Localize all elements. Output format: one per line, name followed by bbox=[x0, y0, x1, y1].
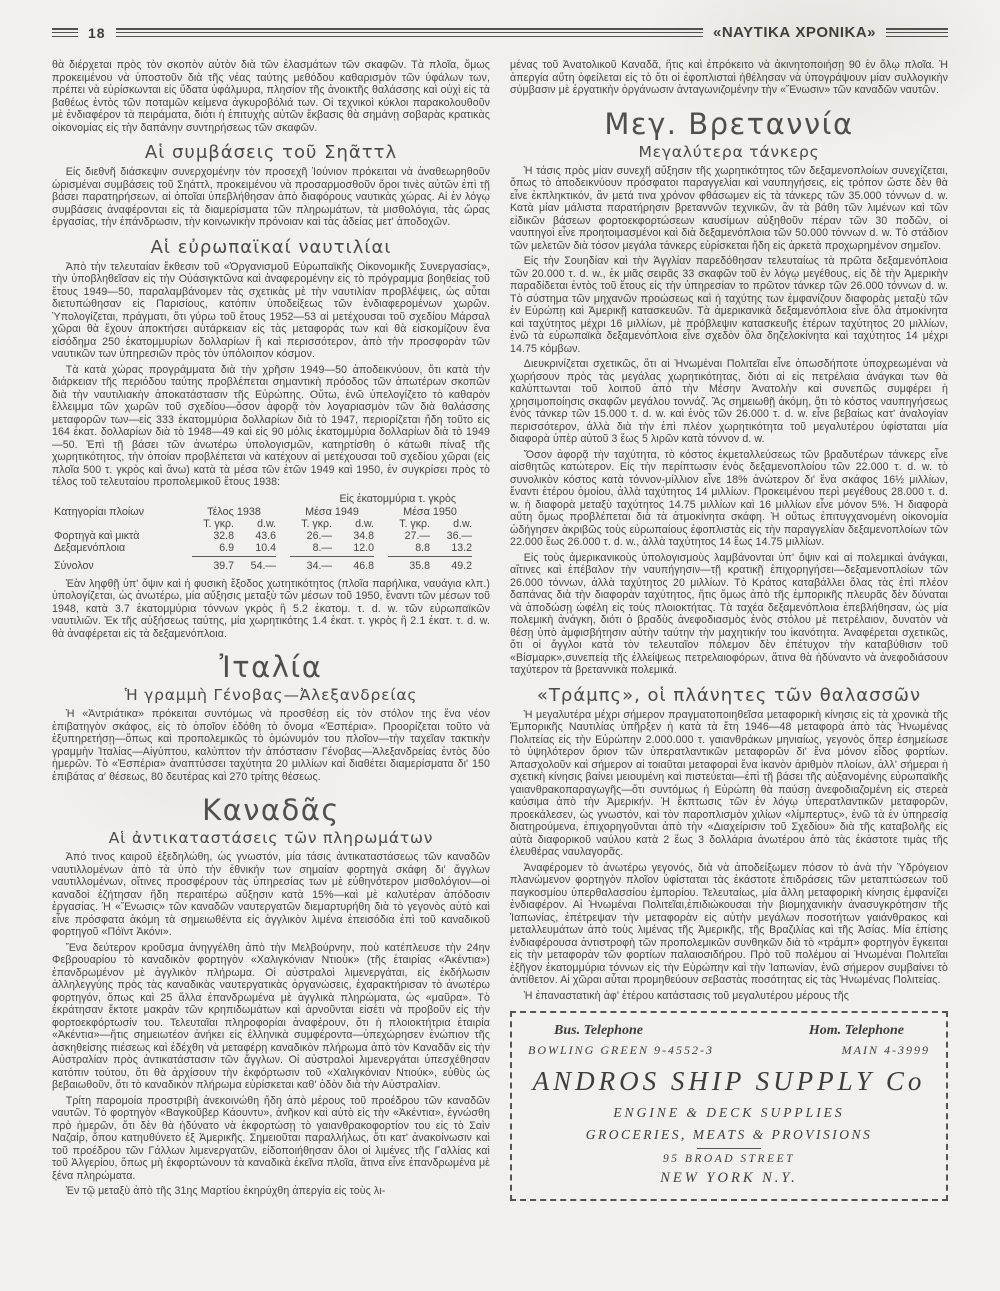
table-col-group-1950: Μέσα 1950 bbox=[388, 506, 472, 518]
subheading-crew-replacements: Αἱ ἀντικαταστάσεις τῶν πληρωμάτων bbox=[52, 829, 490, 847]
after-table-paragraph: Ἐὰν ληφθῇ ὑπ' ὄψιν καὶ ἡ φυσικὴ ἔξοδος χ… bbox=[52, 578, 490, 641]
britain-paragraph-4: Ὅσον ἀφορᾷ τὴν ταχύτητα, τὸ κόστος ἐκμετ… bbox=[510, 449, 948, 549]
total-cell: 46.8 bbox=[332, 556, 374, 572]
table-col-category: Κατηγορίαι πλοίων bbox=[54, 506, 192, 518]
heading-seattle-conventions: Αἱ συμβάσεις τοῦ Σηᾶττλ bbox=[52, 142, 490, 163]
ad-street-address: 95 BROAD STREET bbox=[528, 1153, 930, 1165]
tramps-paragraph-1: Ἡ μεγαλυτέρα μέχρι σήμερον πραγματοποιηθ… bbox=[510, 709, 948, 859]
canada-paragraph-2: Ἕνα δεύτερον κροῦσμα ἀνηγγέλθη ἀπὸ τὴν Μ… bbox=[52, 942, 490, 1092]
ad-bus-telephone-number: BOWLING GREEN 9-4552-3 bbox=[528, 1043, 714, 1058]
total-cell: 35.8 bbox=[388, 556, 430, 572]
left-column: θὰ διέρχεται πρὸς τὸν σκοπὸν αὐτὸν διὰ τ… bbox=[52, 59, 490, 1201]
table-sub-tgr: Τ. γκρ. bbox=[192, 518, 234, 530]
head-rule-right bbox=[886, 28, 948, 37]
andros-ship-supply-ad: Bus. Telephone Hom. Telephone BOWLING GR… bbox=[510, 1011, 948, 1201]
total-cell: 39.7 bbox=[192, 556, 234, 572]
table-row-total: Σύνολον 39.7 54.— 34.— 46.8 35.8 49.2 bbox=[54, 554, 490, 572]
heading-canada: Καναδᾶς bbox=[52, 793, 490, 827]
ad-city-address: NEW YORK N.Y. bbox=[528, 1170, 930, 1187]
seattle-paragraph: Εἰς διεθνῆ διάσκεψιν συνερχομένην τὸν πρ… bbox=[52, 166, 490, 229]
table-sub-dw: d.w. bbox=[430, 518, 472, 530]
running-head: 18 «ΝΑΥΤΙΚΑ ΧΡΟΝΙΚΑ» bbox=[52, 24, 948, 41]
cell: 26.— bbox=[290, 530, 332, 542]
ad-supplies-line: ENGINE & DECK SUPPLIES bbox=[528, 1105, 930, 1121]
subheading-genoa-alexandria: Ἡ γραμμὴ Γένοβας—Ἀλεξανδρείας bbox=[52, 686, 490, 704]
cell: 13.2 bbox=[430, 542, 472, 554]
subheading-bigger-tankers: Μεγαλύτερα τάνκερς bbox=[510, 143, 948, 161]
cell: 8.8 bbox=[388, 542, 430, 554]
table-sub-dw: d.w. bbox=[332, 518, 374, 530]
ad-telephone-numbers: BOWLING GREEN 9-4552-3 MAIN 4-3999 bbox=[528, 1043, 930, 1058]
cell: 43.6 bbox=[234, 530, 276, 542]
tonnage-table: Εἰς ἑκατομμύρια τ. γκρὸς Κατηγορίαι πλοί… bbox=[54, 493, 490, 572]
right-intro-paragraph: μένας τοῦ Ἀνατολικοῦ Καναδᾶ, ἥτις καὶ ἐπ… bbox=[510, 59, 948, 97]
european-paragraph-1: Ἀπὸ τὴν τελευταίαν ἔκθεσιν τοῦ «Ὀργανισμ… bbox=[52, 261, 490, 361]
britain-paragraph-5: Εἰς τοὺς ἀμερικανικοὺς ὑπολογισμοὺς λαμβ… bbox=[510, 552, 948, 677]
total-cell: 54.— bbox=[234, 556, 276, 572]
page-number: 18 bbox=[88, 25, 106, 41]
european-paragraph-2: Τὰ κατὰ χώρας προγράμματα διὰ τὴν χρῆσιν… bbox=[52, 364, 490, 489]
left-intro-paragraph: θὰ διέρχεται πρὸς τὸν σκοπὸν αὐτὸν διὰ τ… bbox=[52, 59, 490, 134]
total-label: Σύνολον bbox=[54, 557, 192, 572]
ad-provisions-line: GROCERIES, MEATS & PROVISIONS bbox=[528, 1127, 930, 1143]
table-header-row: Κατηγορίαι πλοίων Τέλος 1938 Μέσα 1949 Μ… bbox=[54, 506, 490, 518]
head-rule-middle bbox=[116, 28, 703, 37]
ad-hom-telephone-label: Hom. Telephone bbox=[809, 1023, 904, 1039]
two-column-layout: θὰ διέρχεται πρὸς τὸν σκοπὸν αὐτὸν διὰ τ… bbox=[52, 59, 948, 1201]
table-row-cargo: Φορτηγὰ καὶ μικτὰ 32.8 43.6 26.— 34.8 27… bbox=[54, 530, 490, 542]
cell: 32.8 bbox=[192, 530, 234, 542]
britain-paragraph-3: Διευκρινίζεται σχετικῶς, ὅτι αἱ Ἡνωμέναι… bbox=[510, 358, 948, 446]
heading-italy: Ἰταλία bbox=[52, 650, 490, 684]
cell: 36.— bbox=[430, 530, 472, 542]
ad-telephone-labels: Bus. Telephone Hom. Telephone bbox=[528, 1023, 930, 1039]
italy-paragraph: Ἡ «Ἀντριάτικα» πρόκειται συντόμως νὰ προ… bbox=[52, 708, 490, 783]
ad-bus-telephone-label: Bus. Telephone bbox=[554, 1023, 643, 1039]
canada-paragraph-1: Ἀπό τινος καιροῦ ἐξεδηλώθη, ὡς γνωστόν, … bbox=[52, 851, 490, 939]
row-label: Φορτηγὰ καὶ μικτὰ bbox=[54, 530, 192, 542]
row-label: Δεξαμενόπλοια bbox=[54, 542, 192, 554]
heading-european-shipping: Αἱ εὐρωπαϊκαί ναυτιλίαι bbox=[52, 237, 490, 258]
table-subheader-row: Τ. γκρ. d.w. Τ. γκρ. d.w. Τ. γκρ. d.w. bbox=[54, 518, 490, 530]
tramps-paragraph-3: Ἡ ἐπαναστατικὴ ἀφ' ἑτέρου κατάστασις τοῦ… bbox=[510, 990, 948, 1003]
canada-paragraph-3: Τρίτη παρομοία προστριβὴ ἀνεκοινώθη ἤδη … bbox=[52, 1095, 490, 1183]
table-sub-tgr: Τ. γκρ. bbox=[290, 518, 332, 530]
cell: 34.8 bbox=[332, 530, 374, 542]
cell: 10.4 bbox=[234, 542, 276, 554]
table-row-tankers: Δεξαμενόπλοια 6.9 10.4 8.— 12.0 8.8 13.2 bbox=[54, 542, 490, 554]
cell: 12.0 bbox=[332, 542, 374, 554]
cell: 27.— bbox=[388, 530, 430, 542]
magazine-page: 18 «ΝΑΥΤΙΚΑ ΧΡΟΝΙΚΑ» θὰ διέρχεται πρὸς τ… bbox=[0, 0, 1000, 1291]
ad-hom-telephone-number: MAIN 4-3999 bbox=[842, 1043, 930, 1058]
masthead-title: «ΝΑΥΤΙΚΑ ΧΡΟΝΙΚΑ» bbox=[713, 24, 876, 41]
cell: 8.— bbox=[290, 542, 332, 554]
right-column: μένας τοῦ Ἀνατολικοῦ Καναδᾶ, ἥτις καὶ ἐπ… bbox=[510, 59, 948, 1201]
ad-divider-rule bbox=[697, 1148, 761, 1149]
table-col-group-1938: Τέλος 1938 bbox=[192, 506, 276, 518]
heading-tramps: «Τράμπς», οἱ πλάνητες τῶν θαλασσῶν bbox=[510, 685, 948, 706]
total-cell: 34.— bbox=[290, 556, 332, 572]
britain-paragraph-2: Εἰς τὴν Σουηδίαν καὶ τὴν Ἀγγλίαν παρεδόθ… bbox=[510, 255, 948, 355]
heading-great-britain: Μεγ. Βρεταννία bbox=[510, 107, 948, 141]
table-unit-note: Εἰς ἑκατομμύρια τ. γκρὸς bbox=[54, 493, 490, 505]
head-rule-left bbox=[52, 28, 78, 37]
table-col-group-1949: Μέσα 1949 bbox=[290, 506, 374, 518]
ad-company-name: ANDROS SHIP SUPPLY Co bbox=[528, 1066, 930, 1097]
table-sub-tgr: Τ. γκρ. bbox=[388, 518, 430, 530]
britain-paragraph-1: Ἡ τάσις πρὸς μίαν συνεχῆ αὔξησιν τῆς χωρ… bbox=[510, 165, 948, 253]
tramps-paragraph-2: Ἀναφέρομεν τὸ ἀνωτέρω γεγονός, διὰ νὰ ἀπ… bbox=[510, 862, 948, 987]
table-sub-dw: d.w. bbox=[234, 518, 276, 530]
total-cell: 49.2 bbox=[430, 556, 472, 572]
canada-paragraph-4: Ἐν τῷ μεταξὺ ἀπὸ τῆς 31ης Μαρτίου ἐκηρύχ… bbox=[52, 1185, 490, 1198]
cell: 6.9 bbox=[192, 542, 234, 554]
